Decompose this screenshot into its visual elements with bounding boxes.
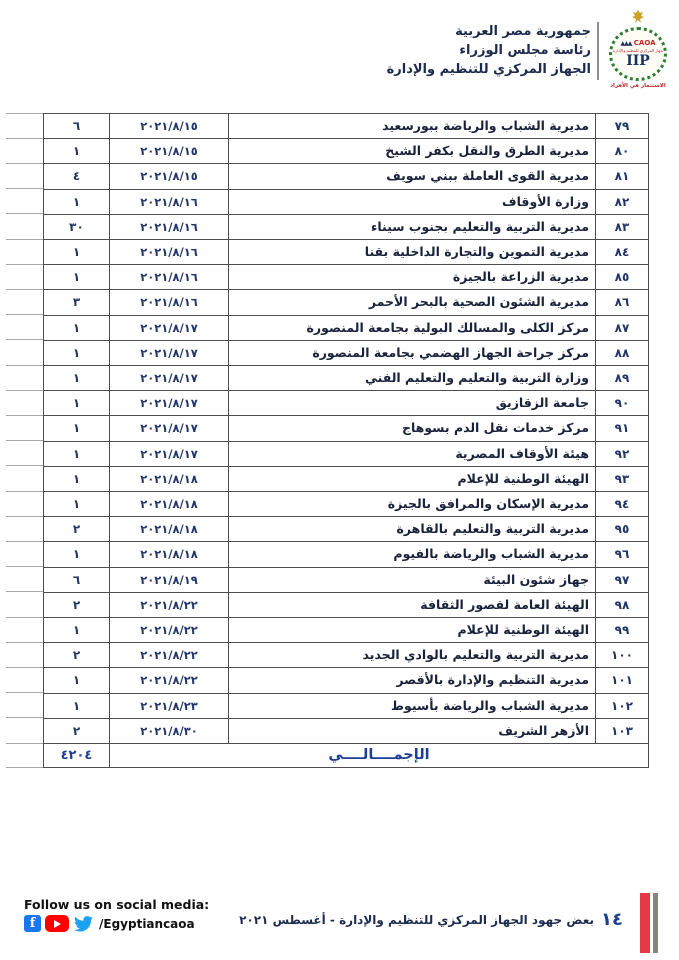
cell-entity-name: مركز جراحة الجهاز الهضمي بجامعة المنصورة [229,340,596,365]
table-row: ٨٩وزارة التربية والتعليم والتعليم الفني٢… [44,366,649,391]
table-row: ٨٦مديرية الشئون الصحية بالبحر الأحمر٢٠٢١… [44,290,649,315]
cell-date: ٢٠٢١/٨/٢٢ [110,592,229,617]
cell-serial: ٩٦ [596,542,649,567]
header-divider [597,22,599,80]
table-row: ٨٣مديرية التربية والتعليم بجنوب سيناء٢٠٢… [44,214,649,239]
cell-date: ٢٠٢١/٨/٢٢ [110,643,229,668]
table-row: ٩٨الهيئة العامة لقصور الثقافة٢٠٢١/٨/٢٢٢ [44,592,649,617]
cell-count: ١ [44,668,110,693]
cell-entity-name: وزارة التربية والتعليم والتعليم الفني [229,366,596,391]
cell-date: ٢٠٢١/٨/١٦ [110,189,229,214]
cell-serial: ٩٤ [596,492,649,517]
cell-date: ٢٠٢١/٨/١٨ [110,466,229,491]
cell-date: ٢٠٢١/٨/١٦ [110,214,229,239]
cell-serial: ٩٢ [596,441,649,466]
pyramids-icon: ▲▲▲ [620,40,631,47]
cell-serial: ١٠٣ [596,718,649,743]
cell-entity-name: مديرية الشئون الصحية بالبحر الأحمر [229,290,596,315]
table-row: ٨٤مديرية التموين والتجارة الداخلية بقنا٢… [44,240,649,265]
cell-serial: ٨٦ [596,290,649,315]
table-row: ٨٨مركز جراحة الجهاز الهضمي بجامعة المنصو… [44,340,649,365]
table-row: ٨٢وزارة الأوقاف٢٠٢١/٨/١٦١ [44,189,649,214]
cell-date: ٢٠٢١/٨/٢٢ [110,668,229,693]
cell-serial: ٩٥ [596,517,649,542]
cell-count: ٢ [44,718,110,743]
footer-gray-bar [653,893,658,953]
cell-count: ٦ [44,114,110,139]
cell-entity-name: مديرية الشباب والرياضة بأسيوط [229,693,596,718]
cell-count: ٣ [44,290,110,315]
cell-serial: ٨٠ [596,139,649,164]
cell-serial: ٨٢ [596,189,649,214]
cell-count: ١ [44,542,110,567]
cell-entity-name: الهيئة العامة لقصور الثقافة [229,592,596,617]
cell-count: ١ [44,416,110,441]
cell-count: ١ [44,240,110,265]
cell-count: ٦ [44,567,110,592]
table-row: ٩١مركز خدمات نقل الدم بسوهاج٢٠٢١/٨/١٧١ [44,416,649,441]
cell-date: ٢٠٢١/٨/١٦ [110,265,229,290]
cell-serial: ٨٤ [596,240,649,265]
table-row: ٨١مديرية القوى العاملة ببني سويف٢٠٢١/٨/١… [44,164,649,189]
cell-serial: ٩٧ [596,567,649,592]
table-row: ١٠٠مديرية التربية والتعليم بالوادي الجدي… [44,643,649,668]
table-row: ٨٥مديرية الزراعة بالجيزة٢٠٢١/٨/١٦١ [44,265,649,290]
cell-date: ٢٠٢١/٨/١٧ [110,366,229,391]
cell-count: ٣٠ [44,214,110,239]
cell-date: ٢٠٢١/٨/١٧ [110,441,229,466]
cell-serial: ٩٣ [596,466,649,491]
entities-table-wrap: ٧٩مديرية الشباب والرياضة ببورسعيد٢٠٢١/٨/… [43,113,649,768]
footer-red-bar [640,893,650,953]
cell-entity-name: الأزهر الشريف [229,718,596,743]
cell-date: ٢٠٢١/٨/٢٣ [110,693,229,718]
cell-serial: ٩١ [596,416,649,441]
cell-entity-name: مديرية التربية والتعليم بجنوب سيناء [229,214,596,239]
cell-count: ١ [44,189,110,214]
cell-entity-name: جامعة الزقازيق [229,391,596,416]
table-row: ٩٠جامعة الزقازيق٢٠٢١/٨/١٧١ [44,391,649,416]
org-title-block: جمهورية مصر العربية رئاسة مجلس الوزراء ا… [387,22,591,79]
total-label: الإجمــــالــــي [110,744,649,768]
cell-date: ٢٠٢١/٨/١٧ [110,416,229,441]
social-handle[interactable]: /Egyptiancaoa [99,917,195,931]
cell-serial: ٩٠ [596,391,649,416]
logo-tagline: الاستثمار في الأفراد [605,83,671,89]
cell-serial: ٧٩ [596,114,649,139]
cell-entity-name: مديرية القوى العاملة ببني سويف [229,164,596,189]
cell-date: ٢٠٢١/٨/١٥ [110,114,229,139]
cell-entity-name: الهيئة الوطنية للإعلام [229,618,596,643]
org-line-cabinet: رئاسة مجلس الوزراء [387,41,591,60]
table-row: ٨٠مديرية الطرق والنقل بكفر الشيخ٢٠٢١/٨/١… [44,139,649,164]
cell-count: ١ [44,139,110,164]
cell-serial: ٩٨ [596,592,649,617]
cell-date: ٢٠٢١/٨/١٥ [110,164,229,189]
cell-entity-name: مديرية التربية والتعليم بالوادي الجديد [229,643,596,668]
cell-date: ٢٠٢١/٨/١٧ [110,315,229,340]
table-row: ٩٥مديرية التربية والتعليم بالقاهرة٢٠٢١/٨… [44,517,649,542]
cell-date: ٢٠٢١/٨/٣٠ [110,718,229,743]
cell-serial: ٩٩ [596,618,649,643]
cell-count: ١ [44,340,110,365]
cell-entity-name: مديرية التموين والتجارة الداخلية بقنا [229,240,596,265]
youtube-icon[interactable] [45,915,69,932]
table-row: ٩٧جهاز شئون البيئة٢٠٢١/٨/١٩٦ [44,567,649,592]
cell-entity-name: مركز الكلى والمسالك البولية بجامعة المنص… [229,315,596,340]
follow-us-label: Follow us on social media: [24,897,209,912]
caoa-mark: ▲▲▲ CAOA [620,39,655,48]
cell-serial: ١٠١ [596,668,649,693]
total-row: الإجمــــالــــي ٤٢٠٤ [44,744,649,768]
table-row: ٨٧مركز الكلى والمسالك البولية بجامعة الم… [44,315,649,340]
cell-entity-name: مديرية الشباب والرياضة بالفيوم [229,542,596,567]
cell-serial: ٨٥ [596,265,649,290]
table-row: ١٠٢مديرية الشباب والرياضة بأسيوط٢٠٢١/٨/٢… [44,693,649,718]
page-caption: بعض جهود الجهاز المركزي للتنظيم والإدارة… [239,913,594,927]
org-line-agency: الجهاز المركزي للتنظيم والإدارة [387,60,591,79]
cell-serial: ١٠٢ [596,693,649,718]
cell-serial: ٨٩ [596,366,649,391]
cell-count: ١ [44,315,110,340]
cell-date: ٢٠٢١/٨/١٨ [110,517,229,542]
caoa-acronym: CAOA [634,39,656,47]
cell-count: ١ [44,466,110,491]
cell-serial: ٨١ [596,164,649,189]
cell-date: ٢٠٢١/٨/١٩ [110,567,229,592]
cell-entity-name: مديرية الإسكان والمرافق بالجيزة [229,492,596,517]
play-icon [54,920,61,928]
cell-entity-name: مركز خدمات نقل الدم بسوهاج [229,416,596,441]
iip-acronym: IIP [626,53,650,69]
table-row: ٩٩الهيئة الوطنية للإعلام٢٠٢١/٨/٢٢١ [44,618,649,643]
cell-date: ٢٠٢١/٨/١٨ [110,492,229,517]
cell-serial: ٨٧ [596,315,649,340]
cell-count: ١ [44,366,110,391]
social-icons-row: f /Egyptiancaoa [24,915,209,932]
page-caption-block: ١٤ بعض جهود الجهاز المركزي للتنظيم والإد… [239,910,623,930]
total-value: ٤٢٠٤ [44,744,110,768]
cell-count: ١ [44,693,110,718]
table-row: ٩٢هيئة الأوقاف المصرية٢٠٢١/٨/١٧١ [44,441,649,466]
cell-date: ٢٠٢١/٨/١٧ [110,391,229,416]
cell-count: ٢ [44,517,110,542]
cell-entity-name: وزارة الأوقاف [229,189,596,214]
cell-count: ١ [44,265,110,290]
cell-date: ٢٠٢١/٨/١٨ [110,542,229,567]
cell-serial: ١٠٠ [596,643,649,668]
cell-count: ٢ [44,592,110,617]
table-row: ١٠١مديرية التنظيم والإدارة بالأقصر٢٠٢١/٨… [44,668,649,693]
cell-entity-name: مديرية التنظيم والإدارة بالأقصر [229,668,596,693]
facebook-icon[interactable]: f [24,915,41,932]
cell-serial: ٨٣ [596,214,649,239]
cell-count: ١ [44,441,110,466]
cell-entity-name: مديرية الزراعة بالجيزة [229,265,596,290]
twitter-icon[interactable] [73,915,93,932]
cell-entity-name: مديرية الشباب والرياضة ببورسعيد [229,114,596,139]
cell-count: ٢ [44,643,110,668]
cell-count: ١ [44,618,110,643]
laurel-wreath-icon: ▲▲▲ CAOA الجهاز المركزي للتنظيم والإدارة… [609,27,667,81]
cell-date: ٢٠٢١/٨/١٦ [110,290,229,315]
cell-entity-name: مديرية الطرق والنقل بكفر الشيخ [229,139,596,164]
table-row: ١٠٣الأزهر الشريف٢٠٢١/٨/٣٠٢ [44,718,649,743]
table-row: ٩٣الهيئة الوطنية للإعلام٢٠٢١/٨/١٨١ [44,466,649,491]
table-row: ٧٩مديرية الشباب والرياضة ببورسعيد٢٠٢١/٨/… [44,114,649,139]
cell-date: ٢٠٢١/٨/١٧ [110,340,229,365]
social-follow-block: Follow us on social media: f /Egyptianca… [24,897,209,932]
entities-table: ٧٩مديرية الشباب والرياضة ببورسعيد٢٠٢١/٨/… [43,113,649,768]
cell-entity-name: هيئة الأوقاف المصرية [229,441,596,466]
cell-entity-name: مديرية التربية والتعليم بالقاهرة [229,517,596,542]
cell-date: ٢٠٢١/٨/١٥ [110,139,229,164]
page-number: ١٤ [601,910,623,930]
caoa-logo: ▲▲▲ CAOA الجهاز المركزي للتنظيم والإدارة… [605,10,671,102]
table-row: ٩٤مديرية الإسكان والمرافق بالجيزة٢٠٢١/٨/… [44,492,649,517]
cell-count: ١ [44,391,110,416]
egypt-eagle-icon [605,10,671,26]
cell-count: ١ [44,492,110,517]
cell-date: ٢٠٢١/٨/١٦ [110,240,229,265]
cell-entity-name: جهاز شئون البيئة [229,567,596,592]
cell-serial: ٨٨ [596,340,649,365]
org-line-country: جمهورية مصر العربية [387,22,591,41]
cell-entity-name: الهيئة الوطنية للإعلام [229,466,596,491]
cell-count: ٤ [44,164,110,189]
table-body: ٧٩مديرية الشباب والرياضة ببورسعيد٢٠٢١/٨/… [44,114,649,744]
cell-date: ٢٠٢١/٨/٢٢ [110,618,229,643]
table-row: ٩٦مديرية الشباب والرياضة بالفيوم٢٠٢١/٨/١… [44,542,649,567]
